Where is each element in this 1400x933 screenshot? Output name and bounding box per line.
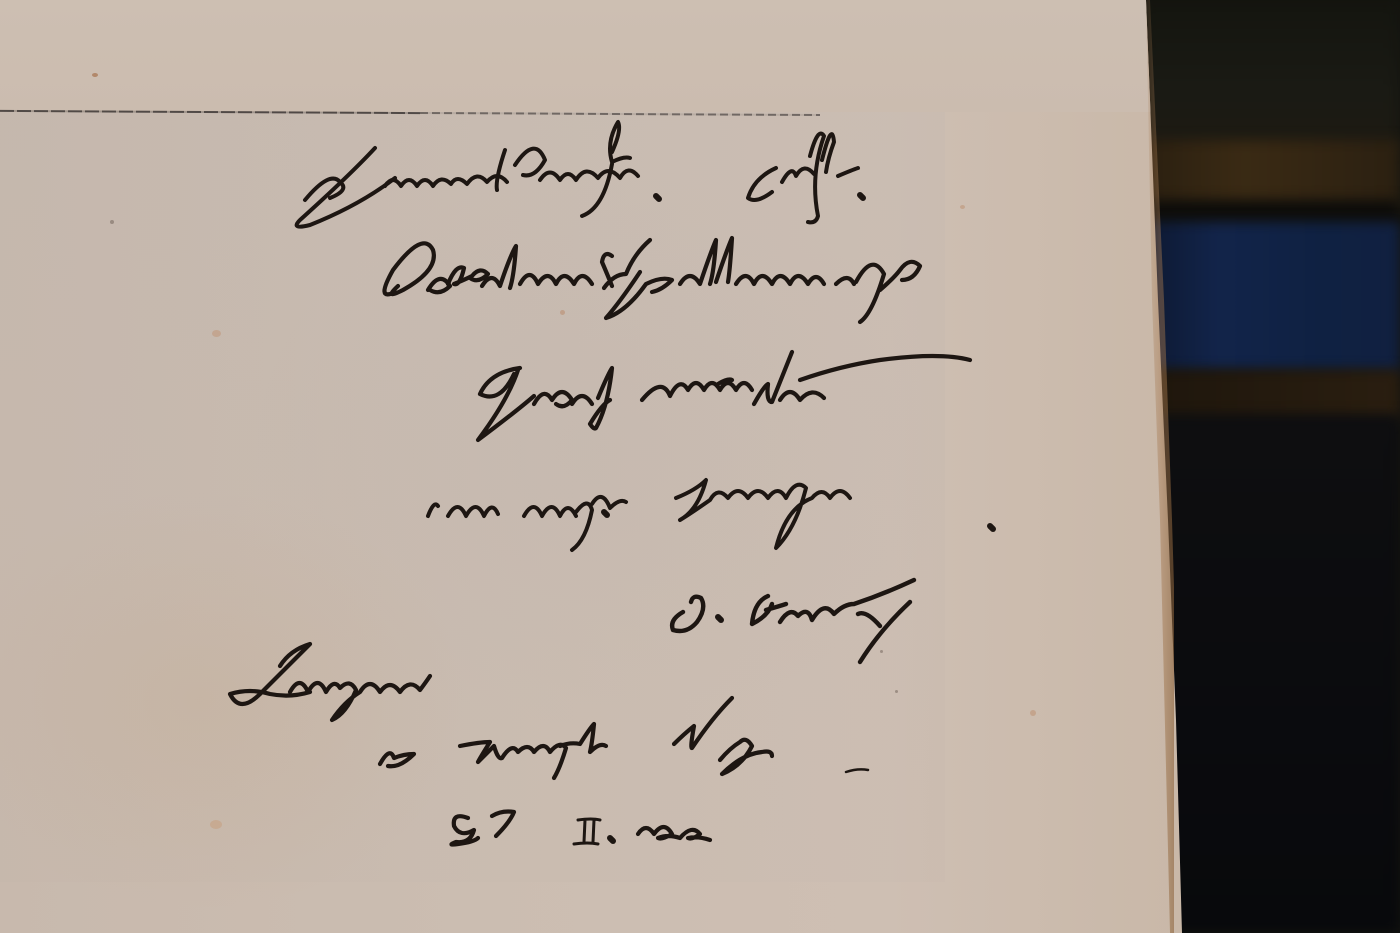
date: 27 II. 22: [450, 805, 639, 856]
inscription-line-3: Graf Münster: [480, 360, 795, 414]
place-line-2: b. Wrotzk Wgr: [375, 725, 698, 776]
inscription-line-2: Oberlandstallmeister: [390, 250, 883, 304]
inscription-line-4: in aufr. Verehrg.: [425, 480, 805, 534]
signature: J. Ehrh: [665, 585, 824, 639]
place-line-1: Glogau: [230, 650, 388, 701]
handwritten-inscription: [0, 0, 1400, 933]
inscription-line-1: Herrn Königl. Sächs.: [300, 150, 787, 204]
